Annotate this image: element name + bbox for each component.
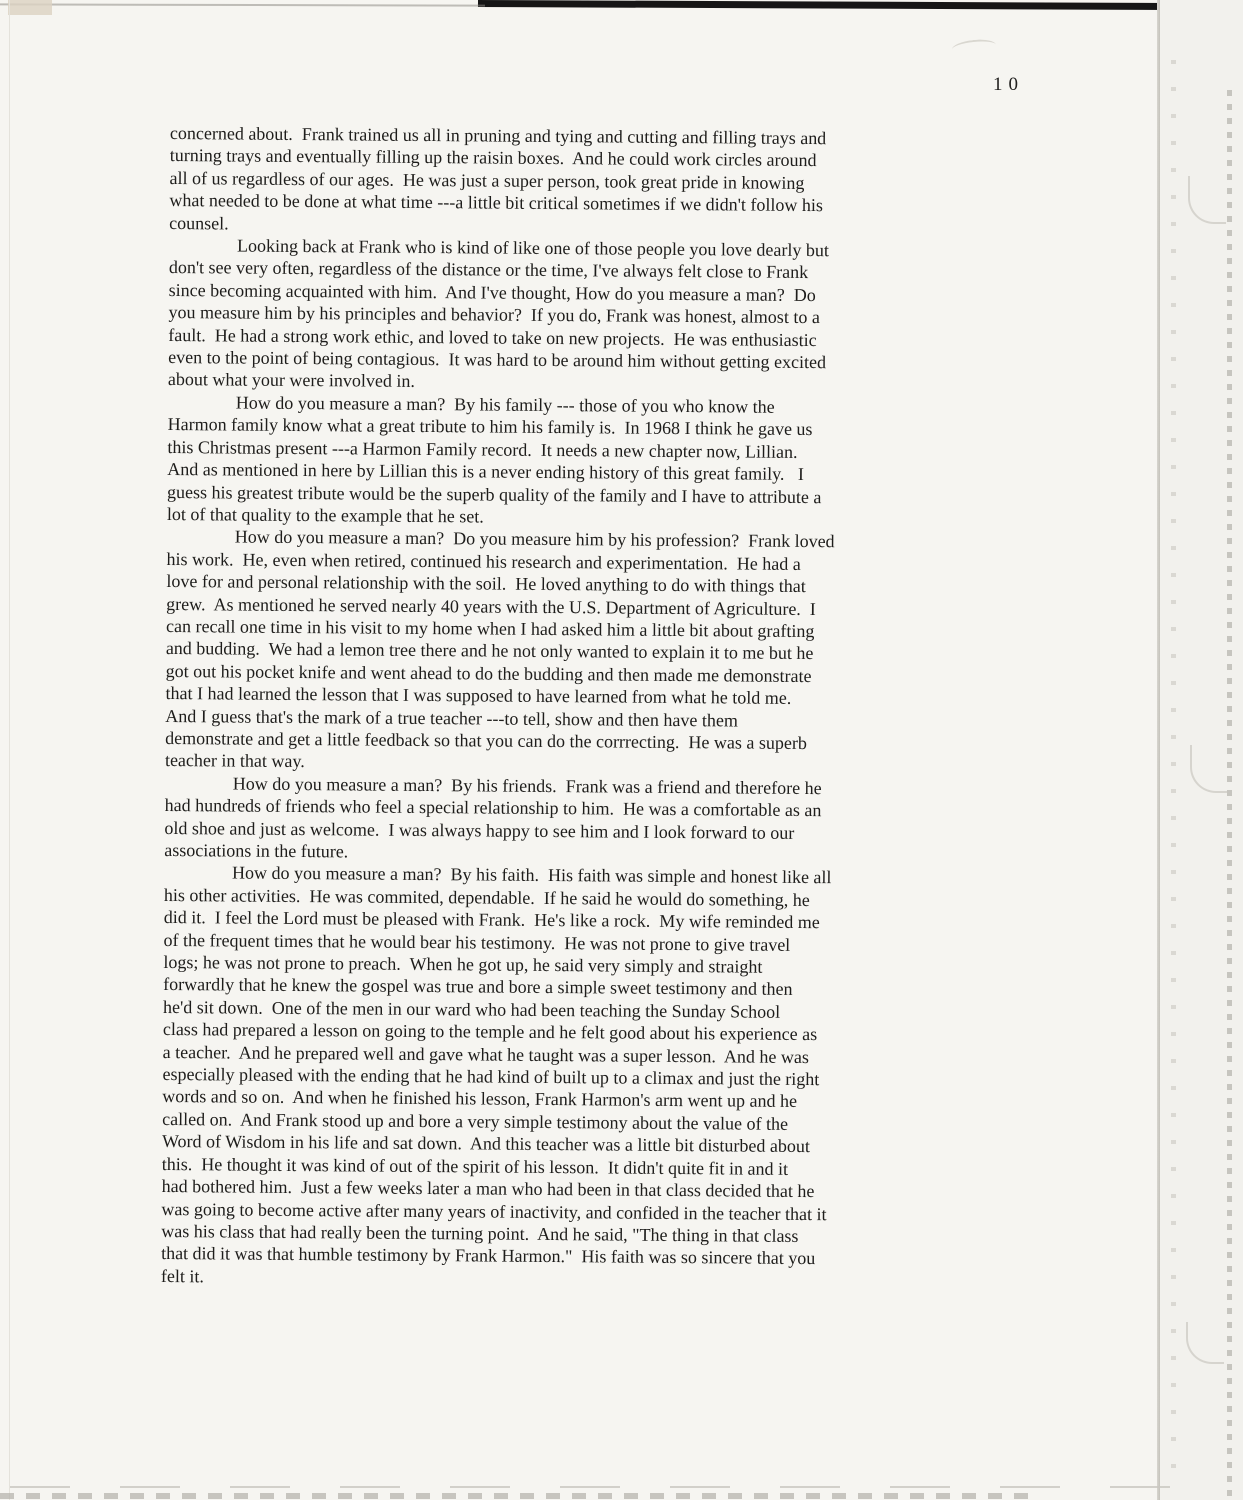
- scanned-page: 10 concerned about. Frank trained us all…: [0, 0, 1243, 1500]
- top-edge-shadow: [478, 0, 1243, 10]
- left-crease-line: [9, 0, 10, 1500]
- paragraph-3: How do you measure a man? By his family …: [167, 391, 1000, 532]
- top-edge-line: [0, 3, 485, 6]
- top-left-smudge: [8, 0, 52, 15]
- paragraph-5: How do you measure a man? By his friends…: [164, 772, 997, 868]
- perforated-edge: [1227, 90, 1232, 1500]
- faint-pencil-squiggle: [951, 38, 996, 57]
- page-number: 10: [993, 74, 1024, 96]
- paragraph-2: Looking back at Frank who is kind of lik…: [168, 234, 1001, 397]
- paragraph-1: concerned about. Frank trained us all in…: [169, 122, 1002, 241]
- page-text: concerned about. Frank trained us all in…: [161, 122, 1002, 1294]
- paragraph-4: How do you measure a man? Do you measure…: [165, 525, 999, 778]
- page-right-edge: [1157, 0, 1160, 1500]
- paragraph-6: How do you measure a man? By his faith. …: [161, 861, 996, 1293]
- bottom-perforation-marks: [0, 1493, 1040, 1499]
- bottom-page-edge: [10, 1486, 1200, 1488]
- tractor-feed-dots: [1171, 60, 1176, 1480]
